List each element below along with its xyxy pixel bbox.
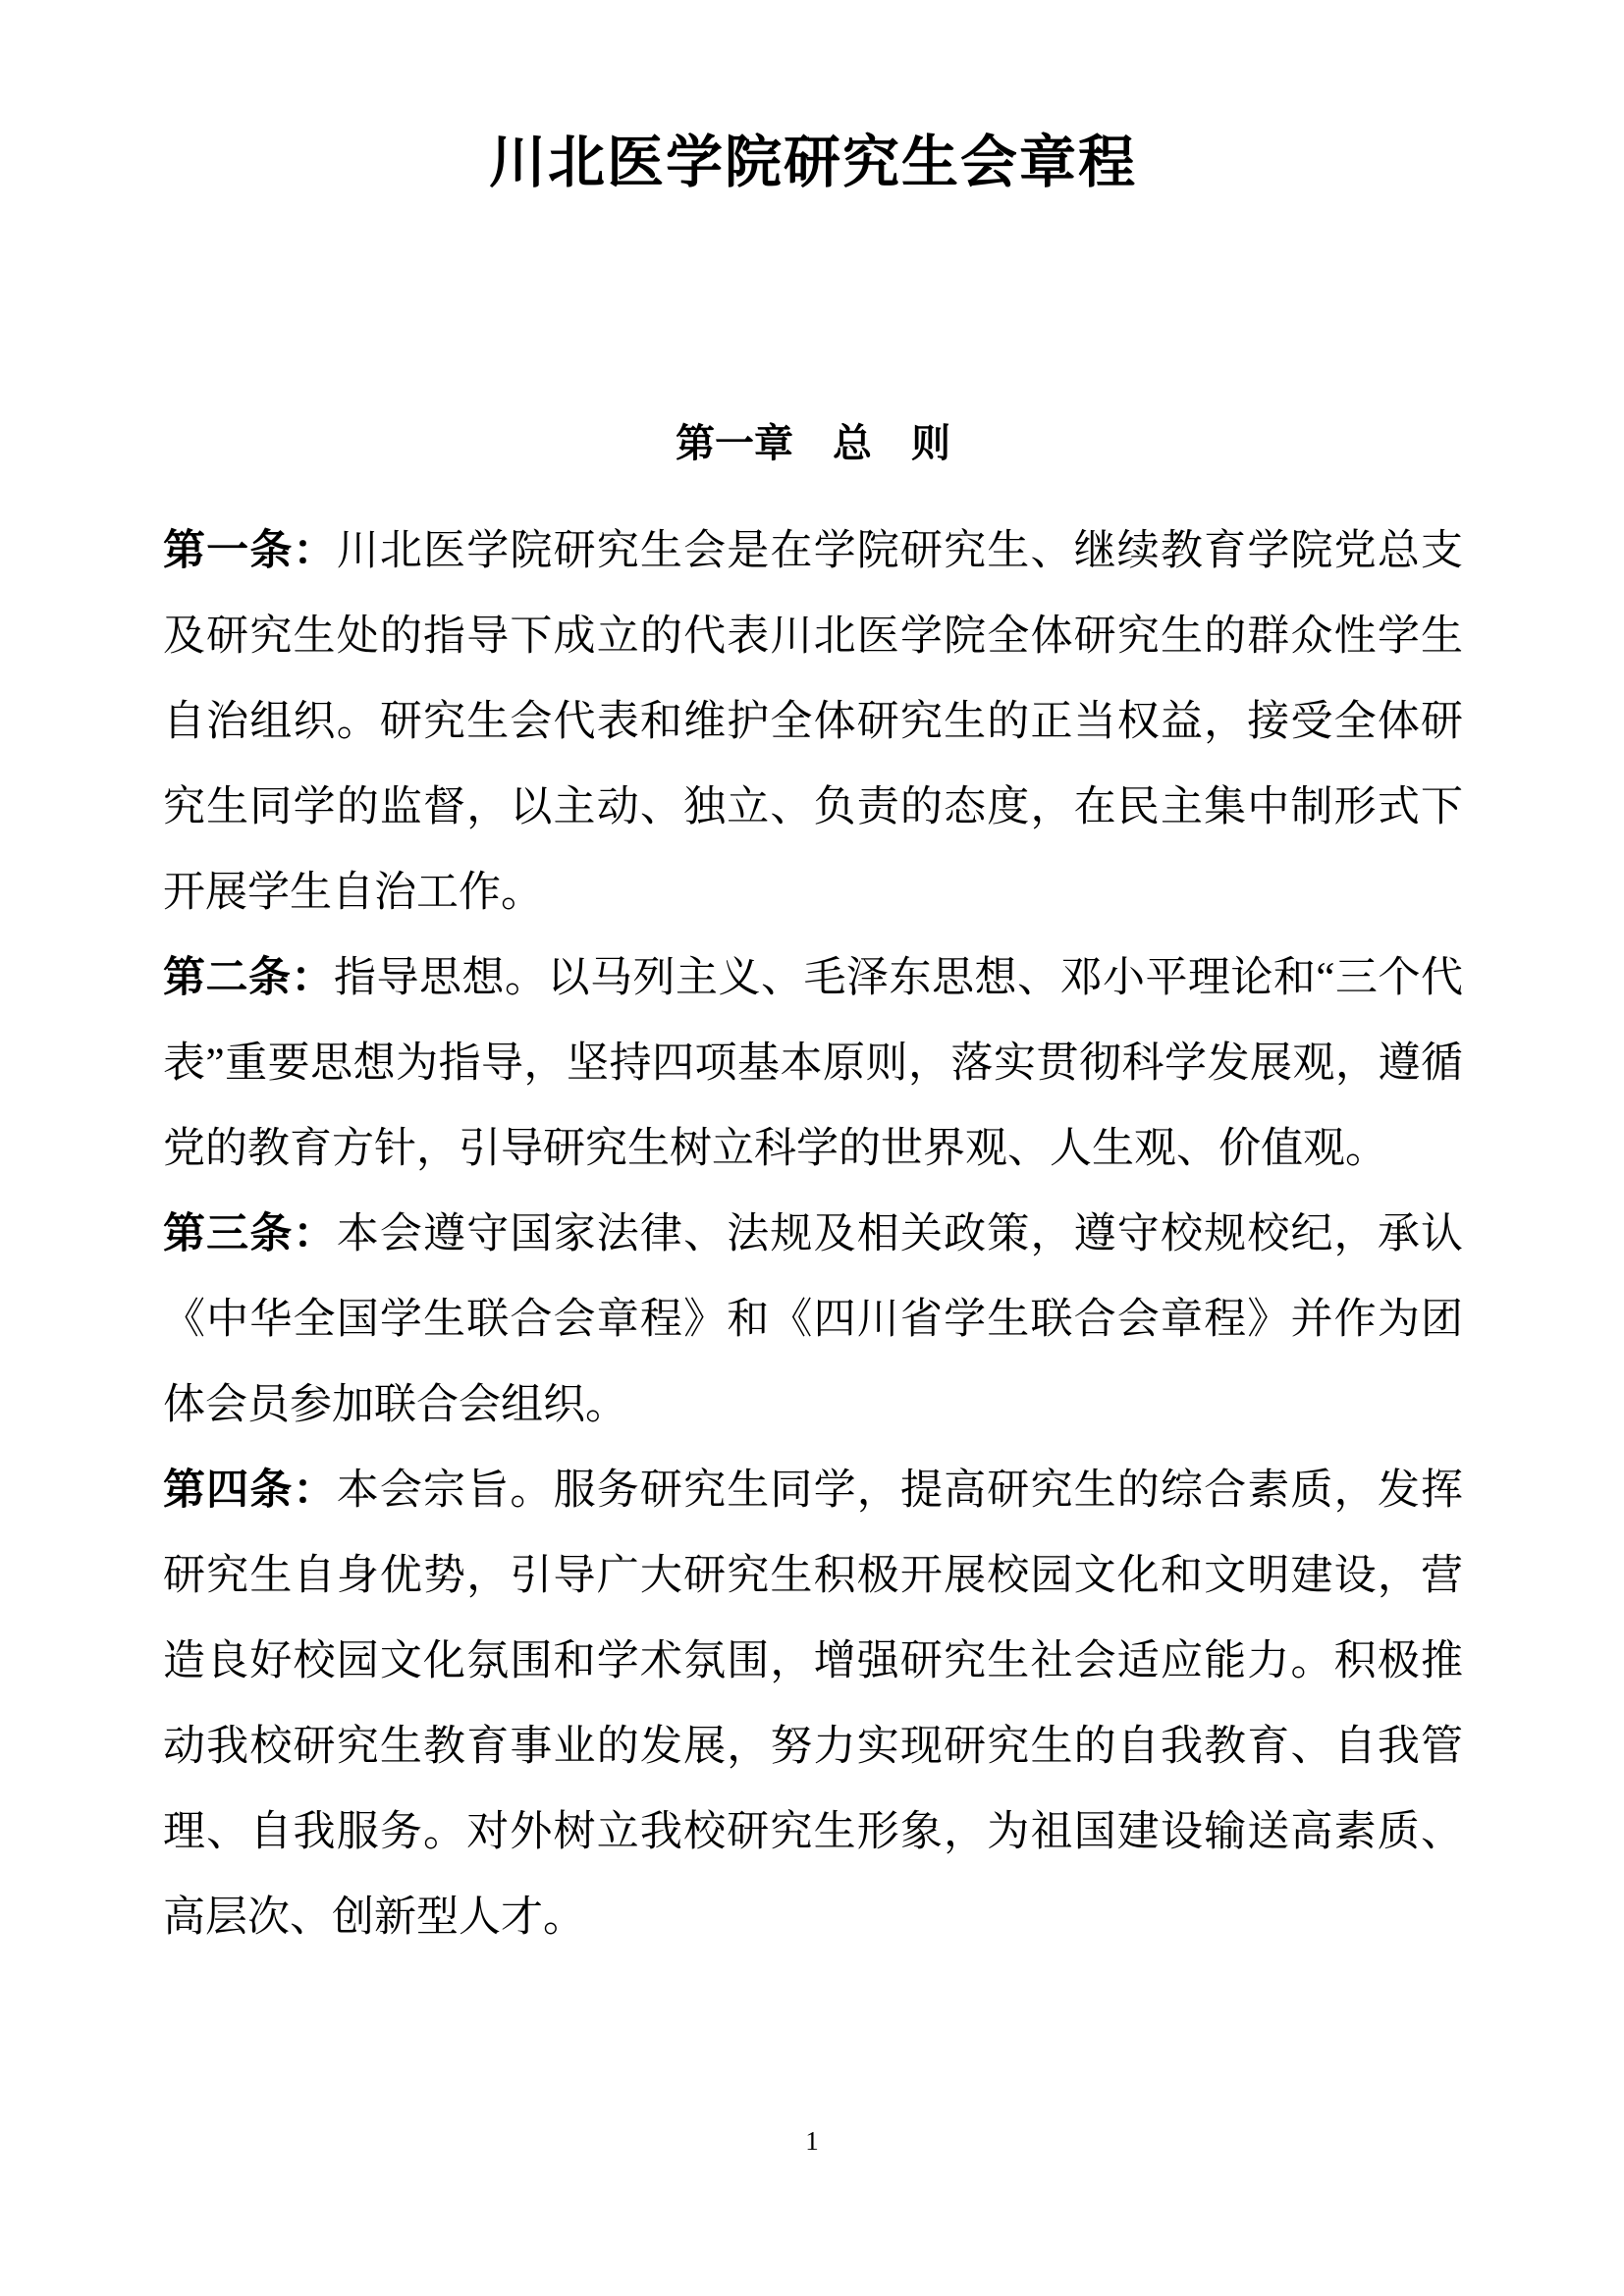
article-text-2: 指导思想。以马列主义、毛泽东思想、邓小平理论和“三个代表”重要思想为指导，坚持四… <box>163 955 1463 1172</box>
article-text-4: 本会宗旨。服务研究生同学，提高研究生的综合素质，发挥研究生自身优势，引导广大研究… <box>163 1468 1463 1941</box>
article-text-3: 本会遵守国家法律、法规及相关政策，遵守校规校纪，承认《中华全国学生联合会章程》和… <box>163 1211 1463 1428</box>
document-page: 川北医学院研究生会章程 第一章 总 则 第一条：川北医学院研究生会是在学院研究生… <box>0 0 1624 2296</box>
article-paragraph-2: 第二条：指导思想。以马列主义、毛泽东思想、邓小平理论和“三个代表”重要思想为指导… <box>163 935 1463 1192</box>
document-title: 川北医学院研究生会章程 <box>163 128 1463 199</box>
article-paragraph-3: 第三条：本会遵守国家法律、法规及相关政策，遵守校规校纪，承认《中华全国学生联合会… <box>163 1192 1463 1448</box>
article-label-1: 第一条： <box>163 528 337 574</box>
article-paragraph-4: 第四条：本会宗旨。服务研究生同学，提高研究生的综合素质，发挥研究生自身优势，引导… <box>163 1448 1463 1960</box>
article-text-1: 川北医学院研究生会是在学院研究生、继续教育学院党总支及研究生处的指导下成立的代表… <box>163 528 1463 916</box>
chapter-heading: 第一章 总 则 <box>163 420 1463 467</box>
article-label-4: 第四条： <box>163 1468 337 1514</box>
page-number: 1 <box>0 2128 1624 2155</box>
article-label-3: 第三条： <box>163 1211 337 1257</box>
article-paragraph-1: 第一条：川北医学院研究生会是在学院研究生、继续教育学院党总支及研究生处的指导下成… <box>163 508 1463 935</box>
article-label-2: 第二条： <box>163 955 334 1001</box>
document-body: 第一条：川北医学院研究生会是在学院研究生、继续教育学院党总支及研究生处的指导下成… <box>163 508 1463 1960</box>
